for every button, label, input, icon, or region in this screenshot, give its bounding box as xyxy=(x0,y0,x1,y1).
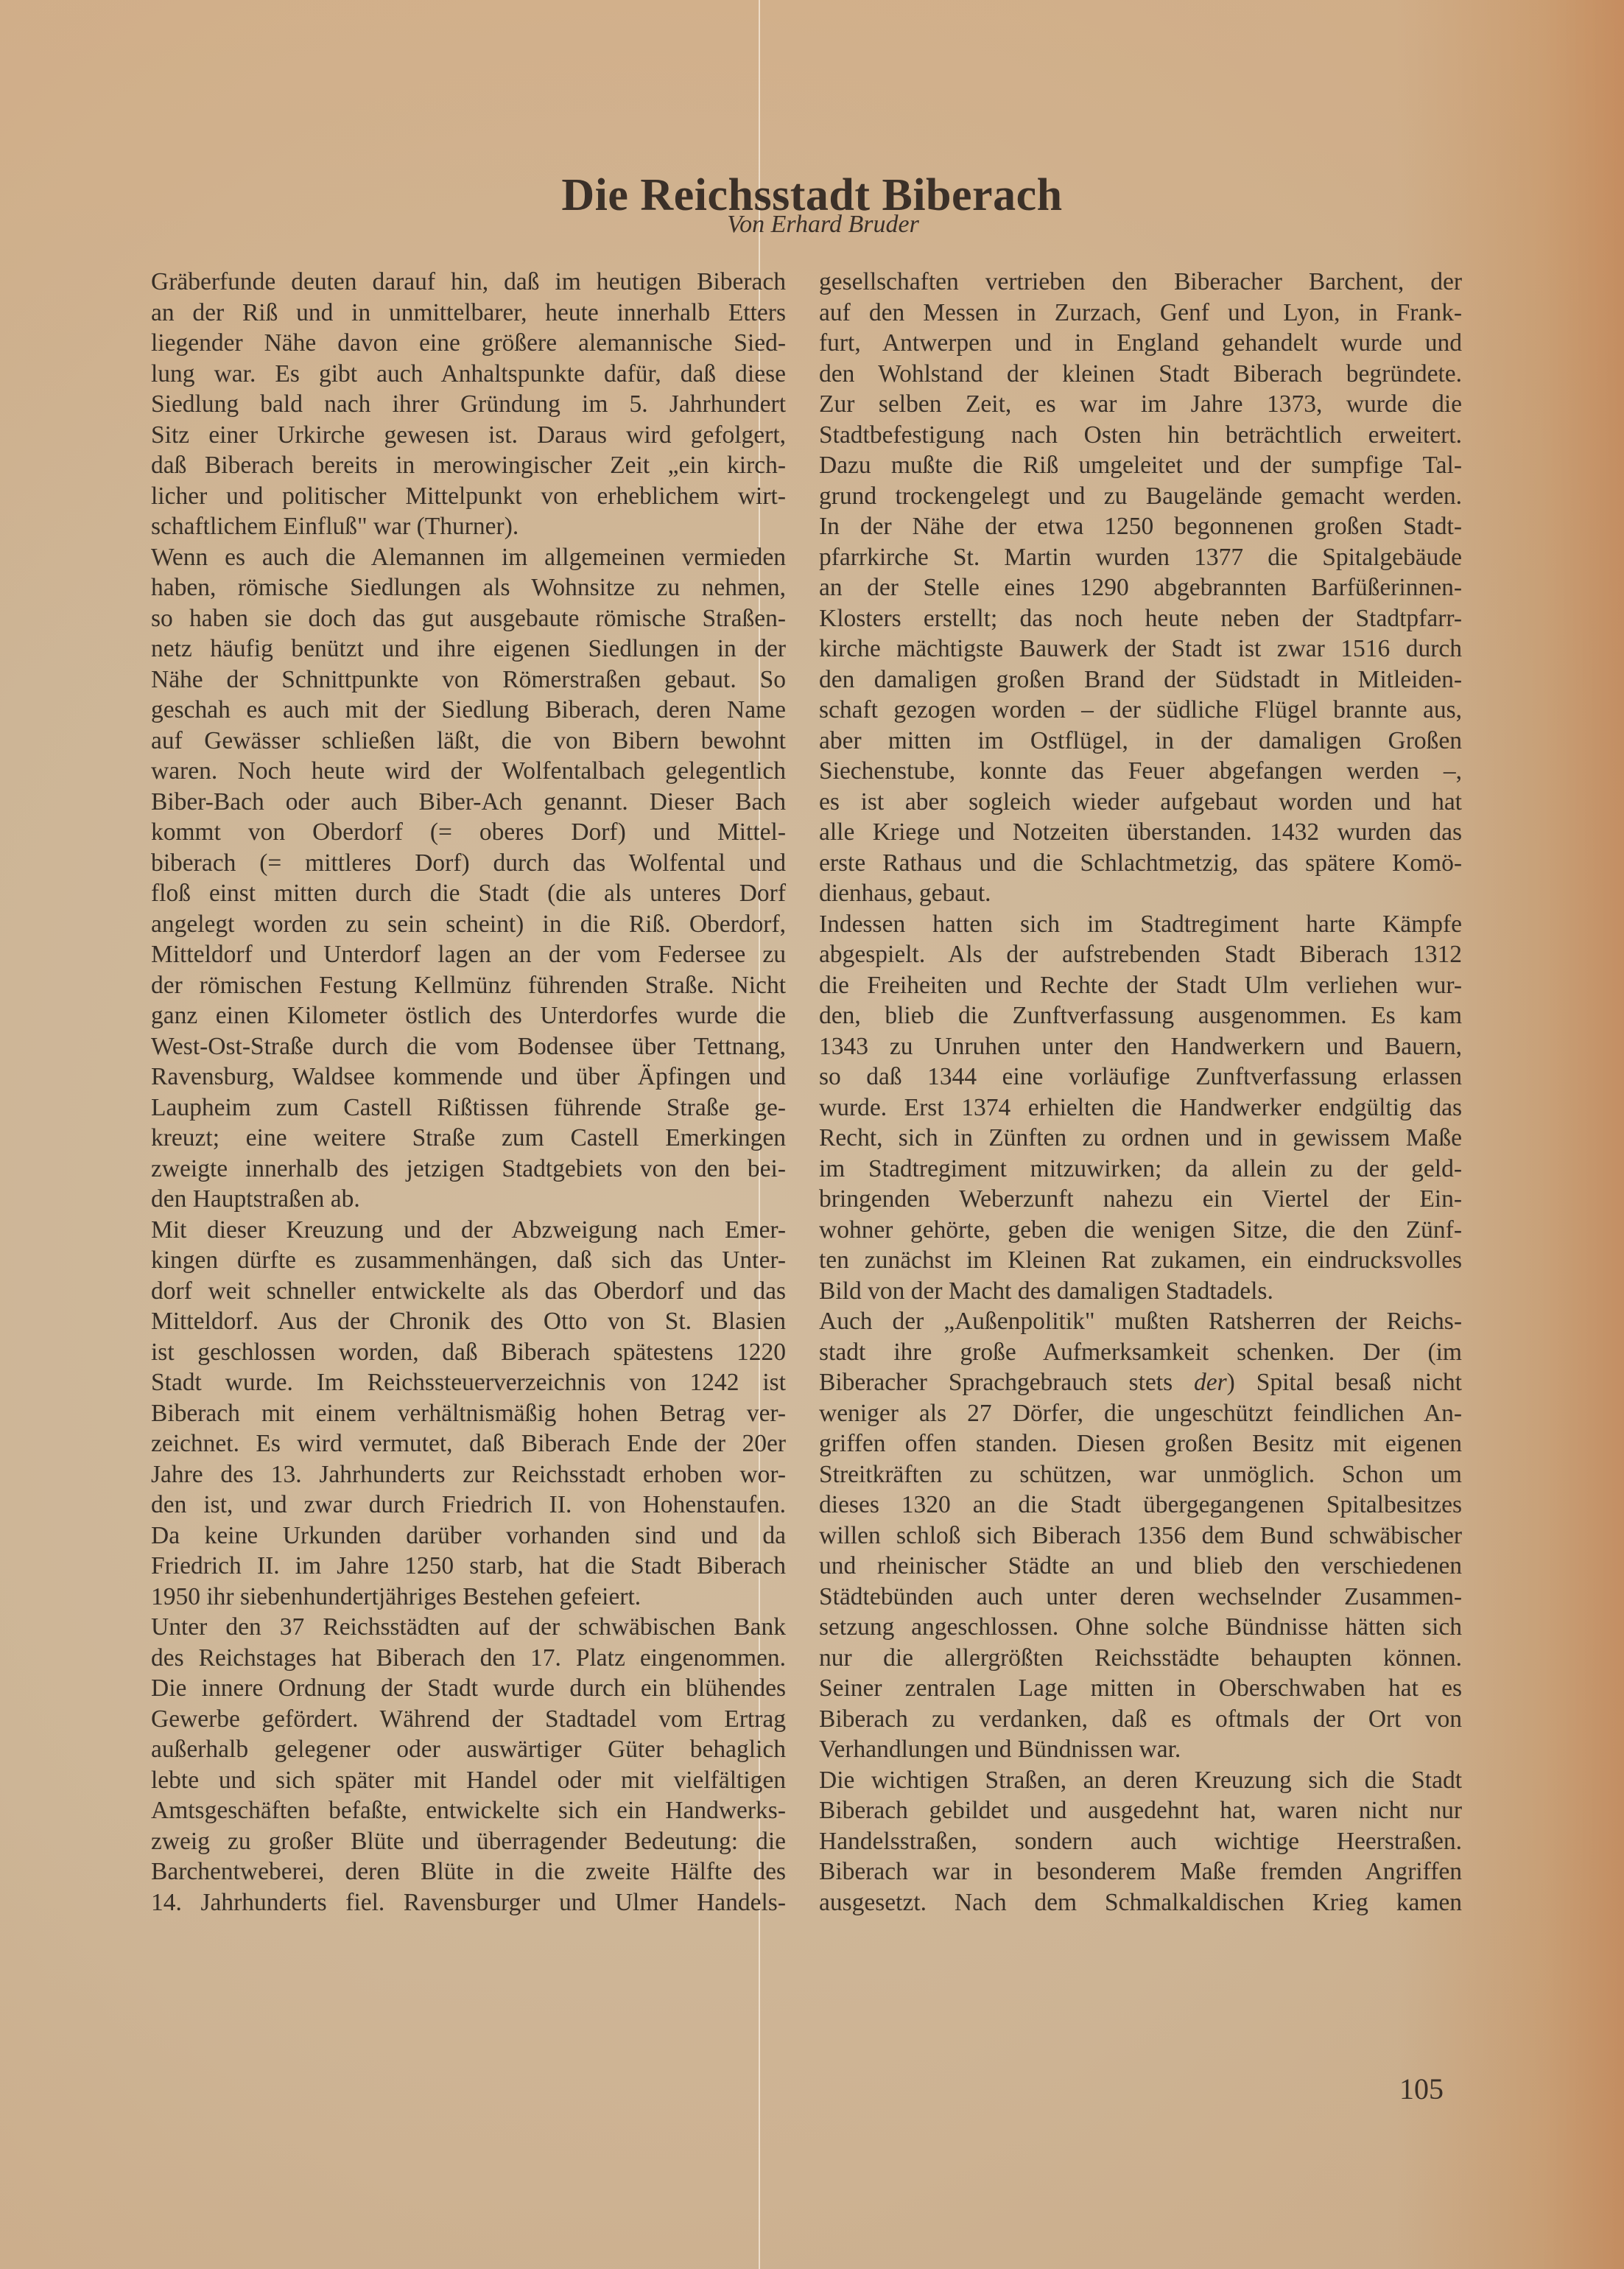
text-line: Siechenstube, konnte das Feuer abgefange… xyxy=(819,756,1462,787)
text-line: auf den Messen in Zurzach, Genf und Lyon… xyxy=(819,298,1462,329)
text-line: Stadtbefestigung nach Osten hin beträcht… xyxy=(819,420,1462,451)
text-line: licher und politischer Mittelpunkt von e… xyxy=(151,481,786,512)
text-line: floß einst mitten durch die Stadt (die a… xyxy=(151,878,786,909)
text-line: der römischen Festung Kellmünz führenden… xyxy=(151,970,786,1001)
text-line: gesellschaften vertrieben den Biberacher… xyxy=(819,267,1462,298)
text-line: 1950 ihr siebenhundertjähriges Bestehen … xyxy=(151,1582,786,1613)
text-line: kirche mächtigste Bauwerk der Stadt ist … xyxy=(819,634,1462,664)
text-line: Laupheim zum Castell Rißtissen führende … xyxy=(151,1093,786,1123)
text-line: Biberach zu verdanken, daß es oftmals de… xyxy=(819,1704,1462,1735)
text-line: Sitz einer Urkirche gewesen ist. Daraus … xyxy=(151,420,786,451)
text-line: Biber-Bach oder auch Biber-Ach genannt. … xyxy=(151,787,786,818)
text-line: dieses 1320 an die Stadt übergegangenen … xyxy=(819,1490,1462,1521)
text-line: wurde. Erst 1374 erhielten die Handwerke… xyxy=(819,1093,1462,1123)
text-line: liegender Nähe davon eine größere aleman… xyxy=(151,328,786,359)
text-line: Biberach mit einem verhältnismäßig hohen… xyxy=(151,1398,786,1429)
text-line: ausgesetzt. Nach dem Schmalkaldischen Kr… xyxy=(819,1887,1462,1918)
text-line: dienhaus, gebaut. xyxy=(819,878,1462,909)
text-line: lung war. Es gibt auch Anhaltspunkte daf… xyxy=(151,359,786,390)
text-line: Bild von der Macht des damaligen Stadtad… xyxy=(819,1276,1462,1307)
text-line: Mitteldorf. Aus der Chronik des Otto von… xyxy=(151,1306,786,1337)
text-line: Ravensburg, Waldsee kommende und über Äp… xyxy=(151,1062,786,1093)
text-line: Barchentweberei, deren Blüte in die zwei… xyxy=(151,1856,786,1887)
text-line: griffen offen standen. Diesen großen Bes… xyxy=(819,1428,1462,1459)
text-line: an der Stelle eines 1290 abgebrannten Ba… xyxy=(819,572,1462,603)
text-line: 14. Jahrhunderts fiel. Ravensburger und … xyxy=(151,1887,786,1918)
text-line: Unter den 37 Reichsstädten auf der schwä… xyxy=(151,1612,786,1643)
text-line: alle Kriege und Notzeiten überstanden. 1… xyxy=(819,817,1462,848)
text-line: die Freiheiten und Rechte der Stadt Ulm … xyxy=(819,970,1462,1001)
text-line: Seiner zentralen Lage mitten in Oberschw… xyxy=(819,1673,1462,1704)
text-line: kommt von Oberdorf (= oberes Dorf) und M… xyxy=(151,817,786,848)
text-line: erste Rathaus und die Schlachtmetzig, da… xyxy=(819,848,1462,879)
page-number: 105 xyxy=(1399,2072,1444,2106)
text-line: Wenn es auch die Alemannen im allgemeine… xyxy=(151,542,786,573)
text-line: ist geschlossen worden, daß Biberach spä… xyxy=(151,1337,786,1368)
text-line: ganz einen Kilometer östlich des Unterdo… xyxy=(151,1000,786,1031)
text-line: Stadt wurde. Im Reichssteuerverzeichnis … xyxy=(151,1367,786,1398)
text-line: den, blieb die Zunftverfassung ausgenomm… xyxy=(819,1000,1462,1031)
text-line: Biberacher Sprachgebrauch stets der) Spi… xyxy=(819,1367,1462,1398)
text-line: kingen dürfte es zusammenhängen, daß sic… xyxy=(151,1245,786,1276)
text-line: zweig zu großer Blüte und überragender B… xyxy=(151,1826,786,1857)
text-line: auf Gewässer schließen läßt, die von Bib… xyxy=(151,726,786,757)
text-line: 1343 zu Unruhen unter den Handwerkern un… xyxy=(819,1031,1462,1062)
text-line: Biberach war in besonderem Maße fremden … xyxy=(819,1856,1462,1887)
text-line: den Wohlstand der kleinen Stadt Biberach… xyxy=(819,359,1462,390)
text-line: Dazu mußte die Riß umgeleitet und der su… xyxy=(819,450,1462,481)
text-line: furt, Antwerpen und in England gehandelt… xyxy=(819,328,1462,359)
text-line: grund trockengelegt und zu Baugelände ge… xyxy=(819,481,1462,512)
text-line: Biberach gebildet und ausgedehnt hat, wa… xyxy=(819,1795,1462,1826)
text-line: biberach (= mittleres Dorf) durch das Wo… xyxy=(151,848,786,879)
text-line: wohner gehörte, geben die wenigen Sitze,… xyxy=(819,1215,1462,1246)
text-line: Mit dieser Kreuzung und der Abzweigung n… xyxy=(151,1215,786,1246)
text-line: In der Nähe der etwa 1250 begonnenen gro… xyxy=(819,511,1462,542)
text-line: und rheinischer Städte an und blieb den … xyxy=(819,1551,1462,1582)
text-line: Jahre des 13. Jahrhunderts zur Reichssta… xyxy=(151,1459,786,1490)
text-line: Siedlung bald nach ihrer Gründung im 5. … xyxy=(151,389,786,420)
text-line: pfarrkirche St. Martin wurden 1377 die S… xyxy=(819,542,1462,573)
text-line: den Hauptstraßen ab. xyxy=(151,1184,786,1215)
text-line: Auch der „Außenpolitik" mußten Ratsherre… xyxy=(819,1306,1462,1337)
text-line: Städtebünden auch unter deren wechselnde… xyxy=(819,1582,1462,1613)
text-line: West-Ost-Straße durch die vom Bodensee ü… xyxy=(151,1031,786,1062)
text-line: Recht, sich in Zünften zu ordnen und in … xyxy=(819,1123,1462,1154)
text-line: des Reichstages hat Biberach den 17. Pla… xyxy=(151,1643,786,1674)
text-line: zweigte innerhalb des jetzigen Stadtgebi… xyxy=(151,1154,786,1185)
text-line: Streitkräften zu schützen, war unmöglich… xyxy=(819,1459,1462,1490)
text-line: weniger als 27 Dörfer, die ungeschützt f… xyxy=(819,1398,1462,1429)
text-line: stadt ihre große Aufmerksamkeit schenken… xyxy=(819,1337,1462,1368)
text-line: Amtsgeschäften befaßte, entwickelte sich… xyxy=(151,1795,786,1826)
text-column-left: Gräberfunde deuten darauf hin, daß im he… xyxy=(151,267,786,1918)
text-line: den damaligen großen Brand der Südstadt … xyxy=(819,664,1462,695)
text-line: aber mitten im Ostflügel, in der damalig… xyxy=(819,726,1462,757)
article-byline: Von Erhard Bruder xyxy=(0,211,1624,239)
text-line: Mitteldorf und Unterdorf lagen an der vo… xyxy=(151,939,786,970)
text-line: Zur selben Zeit, es war im Jahre 1373, w… xyxy=(819,389,1462,420)
text-line: den ist, und zwar durch Friedrich II. vo… xyxy=(151,1490,786,1521)
text-line: Indessen hatten sich im Stadtregiment ha… xyxy=(819,909,1462,940)
text-line: lebte und sich später mit Handel oder mi… xyxy=(151,1765,786,1796)
text-line: schaft gezogen worden – der südliche Flü… xyxy=(819,695,1462,726)
text-line: Handelsstraßen, sondern auch wichtige He… xyxy=(819,1826,1462,1857)
text-line: haben, römische Siedlungen als Wohnsitze… xyxy=(151,572,786,603)
text-line: so daß 1344 eine vorläufige Zunftverfass… xyxy=(819,1062,1462,1093)
text-line: Friedrich II. im Jahre 1250 starb, hat d… xyxy=(151,1551,786,1582)
text-line: an der Riß und in unmittelbarer, heute i… xyxy=(151,298,786,329)
text-line: außerhalb gelegener oder auswärtiger Güt… xyxy=(151,1734,786,1765)
text-line: Gräberfunde deuten darauf hin, daß im he… xyxy=(151,267,786,298)
text-line: netz häufig benützt und ihre eigenen Sie… xyxy=(151,634,786,664)
text-line: Gewerbe gefördert. Während der Stadtadel… xyxy=(151,1704,786,1735)
text-line: setzung angeschlossen. Ohne solche Bündn… xyxy=(819,1612,1462,1643)
text-line: waren. Noch heute wird der Wolfentalbach… xyxy=(151,756,786,787)
text-line: ten zunächst im Kleinen Rat zukamen, ein… xyxy=(819,1245,1462,1276)
text-line: Die innere Ordnung der Stadt wurde durch… xyxy=(151,1673,786,1704)
text-line: dorf weit schneller entwickelte als das … xyxy=(151,1276,786,1307)
text-line: Da keine Urkunden darüber vorhanden sind… xyxy=(151,1521,786,1551)
text-line: willen schloß sich Biberach 1356 dem Bun… xyxy=(819,1521,1462,1551)
text-line: schaftlichem Einfluß" war (Thurner). xyxy=(151,511,786,542)
text-line: Nähe der Schnittpunkte von Römerstraßen … xyxy=(151,664,786,695)
text-line: Klosters erstellt; das noch heute neben … xyxy=(819,603,1462,634)
text-line: abgespielt. Als der aufstrebenden Stadt … xyxy=(819,939,1462,970)
text-line: es ist aber sogleich wieder aufgebaut wo… xyxy=(819,787,1462,818)
text-line: zeichnet. Es wird vermutet, daß Biberach… xyxy=(151,1428,786,1459)
text-line: geschah es auch mit der Siedlung Biberac… xyxy=(151,695,786,726)
text-line: im Stadtregiment mitzuwirken; da allein … xyxy=(819,1154,1462,1185)
text-line: Die wichtigen Straßen, an deren Kreuzung… xyxy=(819,1765,1462,1796)
text-line: daß Biberach bereits in merowingischer Z… xyxy=(151,450,786,481)
text-line: bringenden Weberzunft nahezu ein Viertel… xyxy=(819,1184,1462,1215)
text-line: so haben sie doch das gut ausgebaute röm… xyxy=(151,603,786,634)
text-column-right: gesellschaften vertrieben den Biberacher… xyxy=(819,267,1462,1918)
text-line: Verhandlungen und Bündnissen war. xyxy=(819,1734,1462,1765)
text-line: angelegt worden zu sein scheint) in die … xyxy=(151,909,786,940)
text-line: nur die allergrößten Reichsstädte behaup… xyxy=(819,1643,1462,1674)
text-line: kreuzt; eine weitere Straße zum Castell … xyxy=(151,1123,786,1154)
